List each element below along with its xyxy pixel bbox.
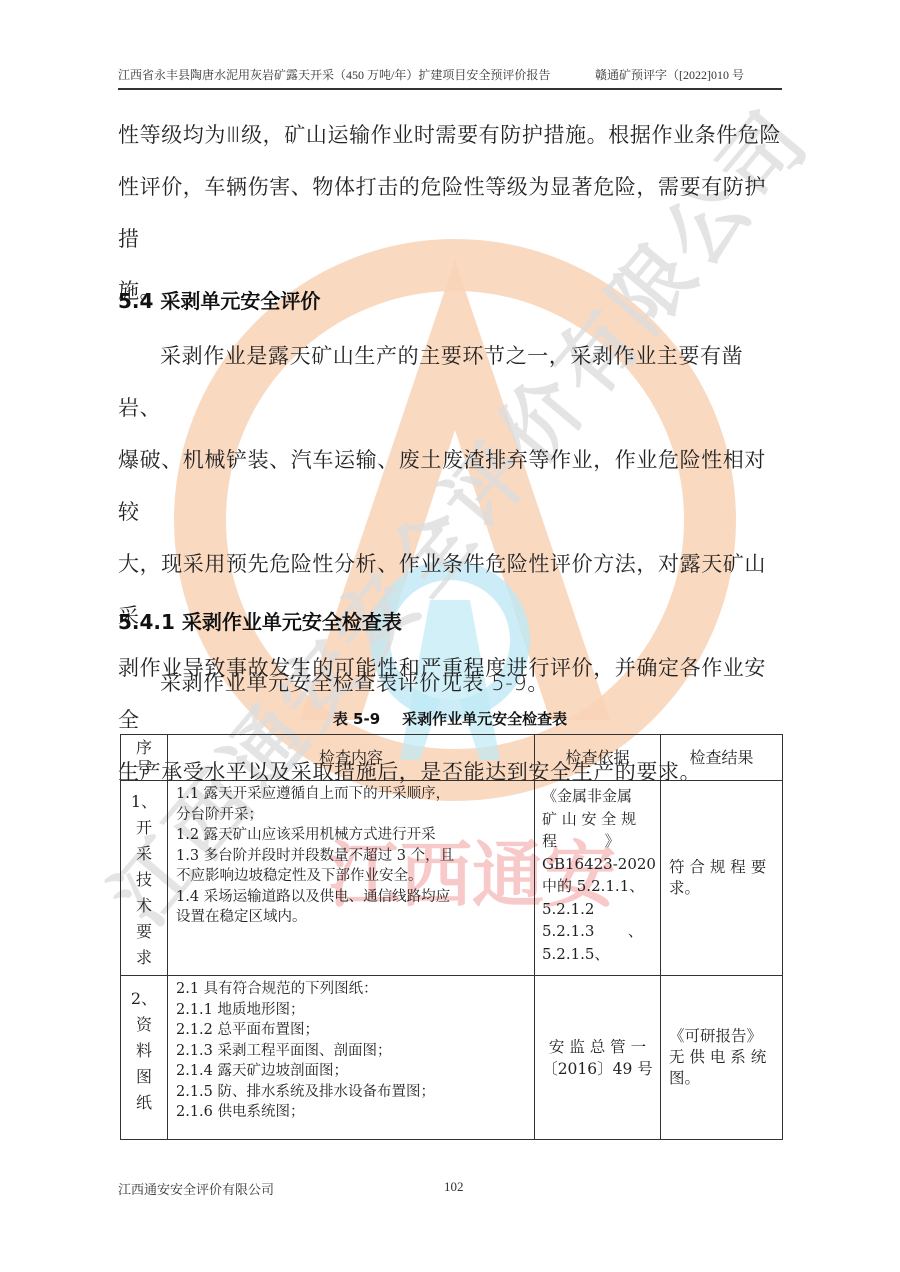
result-cell: 《可研报告》 无 供 电 系 统 图。: [661, 976, 783, 1140]
cell-text: 5.2.1.3 、: [542, 920, 654, 943]
header-text: 序: [121, 738, 167, 758]
cell-text: 纸: [121, 1090, 167, 1116]
row-number-cell: 2、 资 料 图 纸: [121, 976, 168, 1140]
table-row: 2、 资 料 图 纸 2.1 具有符合规范的下列图纸： 2.1.1 地质地形图；…: [121, 976, 783, 1140]
footer-company: 江西通安安全评价有限公司: [118, 1182, 274, 1197]
section-heading-5-4-1: 5.4.1 采剥作业单元安全检查表: [118, 606, 402, 635]
cell-text: 不应影响边坡稳定性及下部作业安全。: [176, 866, 526, 887]
content-cell: 1.1 露天开采应遵循自上而下的开采顺序， 分台阶开采； 1.2 露天矿山应该采…: [168, 781, 535, 976]
cell-text: 2.1 具有符合规范的下列图纸：: [176, 979, 526, 1000]
cell-text: 2.1.6 供电系统图；: [176, 1102, 526, 1123]
cell-text: 〔2016〕49 号: [541, 1058, 654, 1080]
table-header-row: 序 号 检查内容 检查依据 检查结果: [121, 735, 783, 781]
result-cell: 符 合 规 程 要 求。: [661, 781, 783, 976]
report-title: 江西省永丰县陶唐水泥用灰岩矿露天开采（450 万吨/年）扩建项目安全预评价报告: [118, 66, 550, 83]
cell-text: 矿 山 安 全 规: [542, 808, 654, 831]
cell-text: 分台阶开采；: [176, 805, 526, 826]
cell-text: 料: [121, 1038, 167, 1064]
cell-text: 5.2.1.5、: [542, 943, 654, 966]
basis-cell: 安 监 总 管 一 〔2016〕49 号: [535, 976, 661, 1140]
cell-text: 2.1.4 露天矿边坡剖面图；: [176, 1061, 526, 1082]
cell-text: 图。: [669, 1068, 776, 1089]
column-header-basis: 检查依据: [535, 735, 661, 781]
page-header: 江西省永丰县陶唐水泥用灰岩矿露天开采（450 万吨/年）扩建项目安全预评价报告 …: [118, 66, 782, 90]
table-row: 1、 开 采 技 术 要 求 1.1 露天开采应遵循自上而下的开采顺序， 分台阶…: [121, 781, 783, 976]
header-text: 号: [121, 758, 167, 778]
column-header-content: 检查内容: [168, 735, 535, 781]
page-footer: 江西通安安全评价有限公司 102: [118, 1179, 782, 1198]
table-caption: 表 5-9采剥作业单元安全检查表: [118, 708, 782, 729]
cell-text: 图: [121, 1064, 167, 1090]
column-header-result: 检查结果: [661, 735, 783, 781]
page-number: 102: [444, 1179, 464, 1195]
document-page: 江西省永丰县陶唐水泥用灰岩矿露天开采（450 万吨/年）扩建项目安全预评价报告 …: [0, 0, 900, 1272]
cell-text: GB16423-2020: [542, 853, 654, 876]
cell-text: 1.1 露天开采应遵循自上而下的开采顺序，: [176, 784, 526, 805]
cell-text: 无 供 电 系 统: [669, 1047, 776, 1068]
row-number-cell: 1、 开 采 技 术 要 求: [121, 781, 168, 976]
doc-number: 赣通矿预评字（[2022]010 号: [595, 66, 744, 83]
cell-text: 程 》: [542, 830, 654, 853]
text-line: 爆破、机械铲装、汽车运输、废土废渣排弃等作业，作业危险性相对较: [118, 434, 782, 538]
cell-text: 2.1.1 地质地形图；: [176, 1000, 526, 1021]
column-header-no: 序 号: [121, 735, 168, 781]
cell-text: 安 监 总 管 一: [541, 1036, 654, 1058]
cell-text: 资: [121, 1012, 167, 1038]
cell-text: 1.2 露天矿山应该采用机械方式进行开采: [176, 825, 526, 846]
cell-text: 《金属非金属: [542, 785, 654, 808]
safety-check-table: 序 号 检查内容 检查依据 检查结果 1、 开 采 技 术 要 求 1.1 露: [120, 734, 783, 1140]
content-cell: 2.1 具有符合规范的下列图纸： 2.1.1 地质地形图； 2.1.2 总平面布…: [168, 976, 535, 1140]
cell-text: 5.2.1.2: [542, 898, 654, 921]
paragraph-table-reference: 采剥作业单元安全检查表评价见表 5-9。: [118, 657, 782, 709]
cell-text: 术: [121, 893, 167, 919]
text-line: 性评价，车辆伤害、物体打击的危险性等级为显著危险，需要有防护措: [118, 161, 782, 265]
cell-text: 1、: [121, 789, 167, 815]
section-heading-5-4: 5.4 采剥单元安全评价: [118, 285, 320, 314]
table-number: 表 5-9: [333, 710, 380, 728]
cell-text: 采: [121, 841, 167, 867]
cell-text: 符 合 规 程 要: [669, 857, 776, 878]
cell-text: 《可研报告》: [669, 1026, 776, 1047]
text-line: 采剥作业是露天矿山生产的主要环节之一，采剥作业主要有凿岩、: [118, 330, 782, 434]
cell-text: 1.3 多台阶并段时并段数量不超过 3 个，且: [176, 846, 526, 867]
cell-text: 1.4 采场运输道路以及供电、通信线路均应: [176, 887, 526, 908]
cell-text: 开: [121, 815, 167, 841]
cell-text: 2、: [121, 986, 167, 1012]
cell-text: 2.1.3 采剥工程平面图、剖面图；: [176, 1041, 526, 1062]
cell-text: 中的 5.2.1.1、: [542, 875, 654, 898]
cell-text: 要: [121, 919, 167, 945]
cell-text: 求。: [669, 878, 776, 899]
cell-text: 求: [121, 945, 167, 971]
text-line: 性等级均为Ⅲ级，矿山运输作业时需要有防护措施。根据作业条件危险: [118, 109, 782, 161]
basis-cell: 《金属非金属 矿 山 安 全 规 程 》 GB16423-2020 中的 5.2…: [535, 781, 661, 976]
cell-text: 2.1.2 总平面布置图；: [176, 1020, 526, 1041]
cell-text: 设置在稳定区域内。: [176, 907, 526, 928]
cell-text: 技: [121, 867, 167, 893]
table-title: 采剥作业单元安全检查表: [402, 710, 567, 728]
cell-text: 2.1.5 防、排水系统及排水设备布置图；: [176, 1082, 526, 1103]
